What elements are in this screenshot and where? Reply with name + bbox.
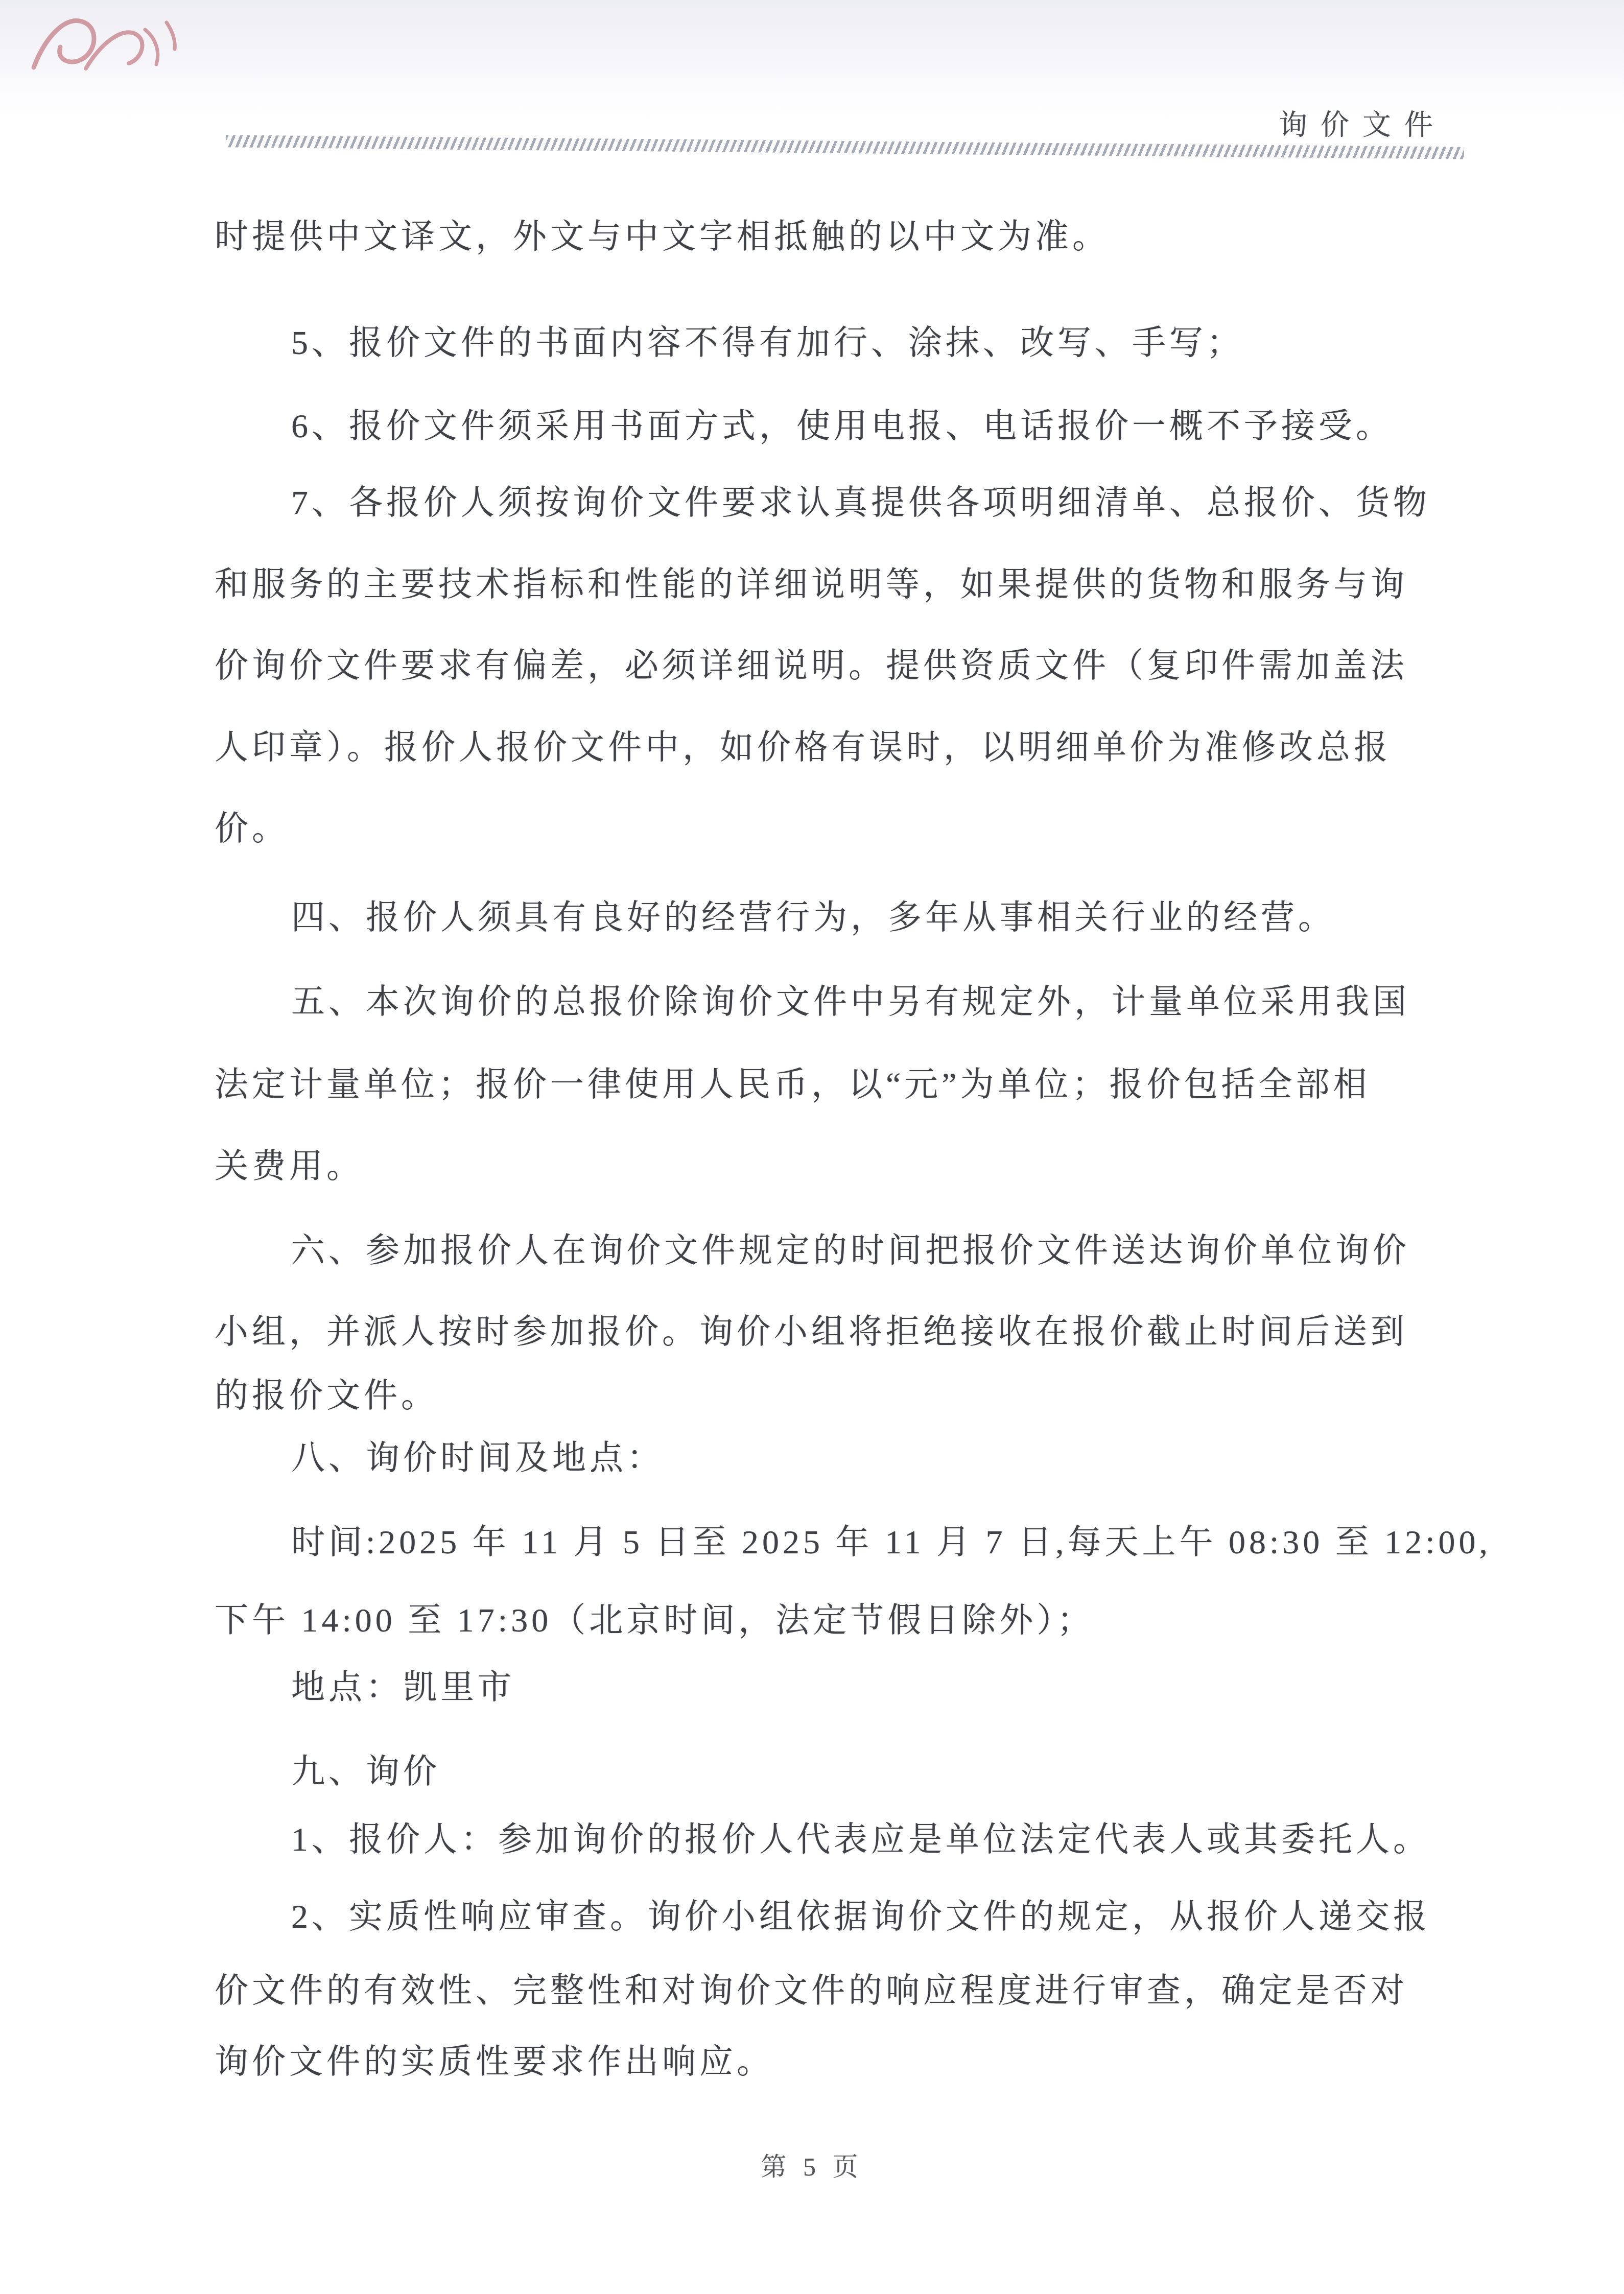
text-line: 九、询价 bbox=[215, 1748, 1624, 1795]
text-line: 八、询价时间及地点： bbox=[215, 1435, 1624, 1482]
text-line: 人印章）。报价人报价文件中，如价格有误时，以明细单价为准修改总报 bbox=[215, 724, 1624, 771]
text-line: 时提供中文译文，外文与中文字相抵触的以中文为准。 bbox=[215, 214, 1624, 261]
page-footer: 第 5 页 bbox=[0, 2146, 1624, 2183]
text-line: 1、报价人：参加询价的报价人代表应是单位法定代表人或其委托人。 bbox=[215, 1816, 1624, 1863]
document-page: 询价文件 时提供中文译文，外文与中文字相抵触的以中文为准。 5、报价文件的书面内… bbox=[0, 0, 1624, 2294]
text-line: 时间:2025 年 11 月 5 日至 2025 年 11 月 7 日,每天上午… bbox=[215, 1519, 1624, 1566]
text-line: 四、报价人须具有良好的经营行为，多年从事相关行业的经营。 bbox=[215, 894, 1624, 941]
text-line: 2、实质性响应审查。询价小组依据询价文件的规定，从报价人递交报 bbox=[215, 1894, 1624, 1941]
document-body: 时提供中文译文，外文与中文字相抵触的以中文为准。 5、报价文件的书面内容不得有加… bbox=[215, 0, 1624, 2086]
text-line: 价询价文件要求有偏差，必须详细说明。提供资质文件（复印件需加盖法 bbox=[215, 643, 1624, 690]
text-line: 和服务的主要技术指标和性能的详细说明等，如果提供的货物和服务与询 bbox=[215, 561, 1624, 608]
text-line: 询价文件的实质性要求作出响应。 bbox=[215, 2039, 1624, 2086]
text-line: 关费用。 bbox=[215, 1143, 1624, 1190]
text-line: 六、参加报价人在询价文件规定的时间把报价文件送达询价单位询价 bbox=[215, 1227, 1624, 1274]
text-line: 地点：凯里市 bbox=[215, 1664, 1624, 1711]
text-line: 7、各报价人须按询价文件要求认真提供各项明细清单、总报价、货物 bbox=[215, 480, 1624, 527]
text-line: 下午 14:00 至 17:30（北京时间，法定节假日除外）； bbox=[215, 1597, 1624, 1644]
text-line: 价。 bbox=[215, 806, 1624, 853]
text-line: 价文件的有效性、完整性和对询价文件的响应程度进行审查，确定是否对 bbox=[215, 1968, 1624, 2015]
page-number: 第 5 页 bbox=[761, 2153, 863, 2181]
text-line: 法定计量单位；报价一律使用人民币，以“元”为单位；报价包括全部相 bbox=[215, 1061, 1624, 1108]
text-line: 小组，并派人按时参加报价。询价小组将拒绝接收在报价截止时间后送到 bbox=[215, 1309, 1624, 1356]
text-line: 5、报价文件的书面内容不得有加行、涂抹、改写、手写； bbox=[215, 320, 1624, 367]
text-line: 的报价文件。 bbox=[215, 1373, 1624, 1420]
text-line: 五、本次询价的总报价除询价文件中另有规定外，计量单位采用我国 bbox=[215, 979, 1624, 1026]
red-pen-scribble bbox=[25, 2, 193, 99]
text-line: 6、报价文件须采用书面方式，使用电报、电话报价一概不予接受。 bbox=[215, 403, 1624, 450]
